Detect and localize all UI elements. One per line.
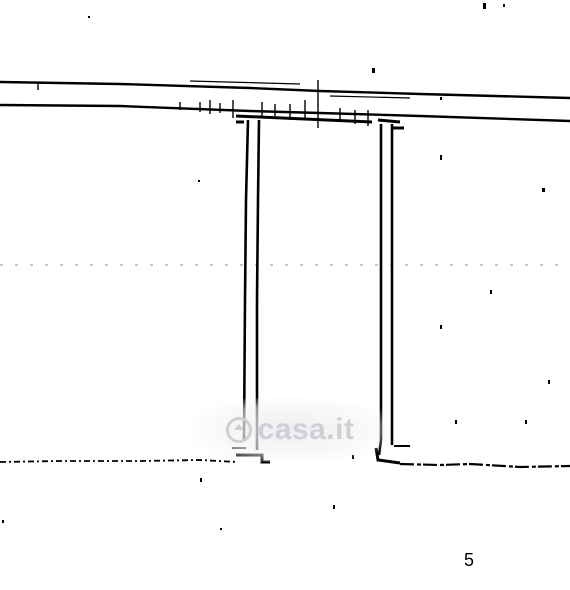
house-circle-icon bbox=[226, 417, 252, 443]
annotation-mark: 5 bbox=[464, 550, 474, 571]
watermark: casa.it bbox=[190, 398, 390, 462]
top-beam bbox=[0, 80, 570, 128]
architectural-drawing bbox=[0, 0, 570, 590]
watermark-text: casa.it bbox=[258, 413, 355, 447]
